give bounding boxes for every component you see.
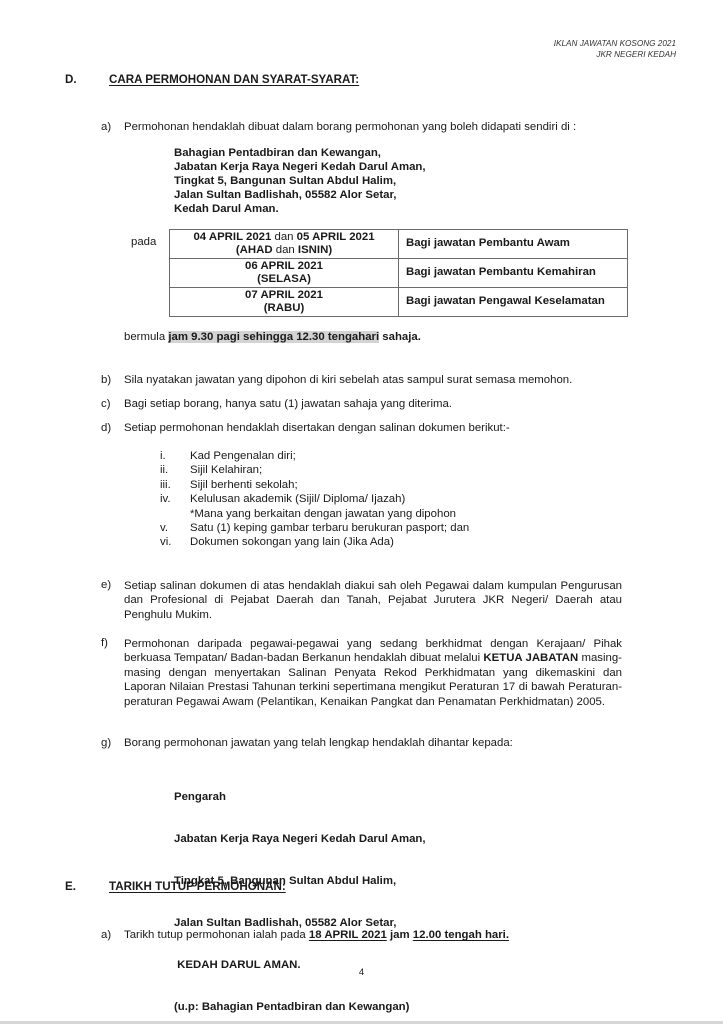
list-item: i.Kad Pengenalan diri;	[160, 449, 469, 463]
closing-date-text: Tarikh tutup permohonan ialah pada 18 AP…	[124, 929, 509, 941]
date-text: 06 APRIL 2021	[170, 260, 398, 274]
closing-mid: jam	[387, 929, 413, 941]
day-text: (RABU)	[170, 302, 398, 316]
schedule-date-cell: 06 APRIL 2021 (SELASA)	[170, 259, 399, 288]
list-item: v.Satu (1) keping gambar terbaru berukur…	[160, 521, 469, 535]
item-e-label: e)	[101, 579, 111, 591]
item-f-text: Permohonan daripada pegawai-pegawai yang…	[124, 637, 622, 709]
address-line: (u.p: Bahagian Pentadbiran dan Kewangan)	[174, 1000, 426, 1014]
schedule-date-cell: 04 APRIL 2021 dan 05 APRIL 2021 (AHAD da…	[170, 230, 399, 259]
address-line: Jabatan Kerja Raya Negeri Kedah Darul Am…	[174, 832, 426, 846]
item-e-a-label: a)	[101, 929, 111, 941]
item-g-label: g)	[101, 737, 111, 749]
table-row: 07 APRIL 2021 (RABU) Bagi jawatan Pengaw…	[170, 288, 628, 317]
list-item: ii.Sijil Kelahiran;	[160, 463, 469, 477]
section-d-title: CARA PERMOHONAN DAN SYARAT-SYARAT:	[109, 73, 359, 86]
list-num: i.	[160, 449, 190, 463]
item-e-text: Setiap salinan dokumen di atas hendaklah…	[124, 579, 622, 622]
item-c-text: Bagi setiap borang, hanya satu (1) jawat…	[124, 398, 452, 410]
list-text: Kad Pengenalan diri;	[190, 449, 296, 463]
list-text: Dokumen sokongan yang lain (Jika Ada)	[190, 535, 394, 549]
collection-address: Bahagian Pentadbiran dan Kewangan, Jabat…	[174, 146, 426, 216]
section-e-letter: E.	[65, 880, 76, 893]
item-d-text: Setiap permohonan hendaklah disertakan d…	[124, 422, 510, 434]
pada-label: pada	[131, 236, 156, 248]
document-list: i.Kad Pengenalan diri; ii.Sijil Kelahira…	[160, 449, 469, 550]
closing-text: Tarikh tutup permohonan ialah pada	[124, 929, 309, 941]
address-line: Jalan Sultan Badlishah, 05582 Alor Setar…	[174, 188, 426, 202]
time-prefix: bermula	[124, 331, 168, 343]
item-a-text: Permohonan hendaklah dibuat dalam borang…	[124, 121, 576, 133]
item-c-label: c)	[101, 398, 111, 410]
schedule-position-cell: Bagi jawatan Pengawal Keselamatan	[399, 288, 628, 317]
list-note: *Mana yang berkaitan dengan jawatan yang…	[190, 507, 456, 521]
list-text: Sijil berhenti sekolah;	[190, 478, 298, 492]
date-text: 04 APRIL 2021	[193, 231, 271, 243]
list-num: iii.	[160, 478, 190, 492]
section-e-title: TARIKH TUTUP PERMOHONAN:	[109, 880, 286, 893]
closing-time: 12.00 tengah hari.	[413, 929, 509, 941]
list-item: iv.Kelulusan akademik (Sijil/ Diploma/ I…	[160, 492, 469, 506]
list-num: iv.	[160, 492, 190, 506]
item-b-label: b)	[101, 374, 111, 386]
closing-date: 18 APRIL 2021	[309, 929, 387, 941]
address-line: Jabatan Kerja Raya Negeri Kedah Darul Am…	[174, 160, 426, 174]
address-line: Jalan Sultan Badlishah, 05582 Alor Setar…	[174, 916, 426, 930]
schedule-position-cell: Bagi jawatan Pembantu Awam	[399, 230, 628, 259]
schedule-table: 04 APRIL 2021 dan 05 APRIL 2021 (AHAD da…	[169, 229, 628, 317]
address-line: Kedah Darul Aman.	[174, 202, 426, 216]
day-text: AHAD	[240, 244, 273, 256]
schedule-date-cell: 07 APRIL 2021 (RABU)	[170, 288, 399, 317]
time-suffix: sahaja.	[379, 331, 421, 343]
table-row: 04 APRIL 2021 dan 05 APRIL 2021 (AHAD da…	[170, 230, 628, 259]
paren: )	[328, 244, 332, 256]
day-text: ISNIN	[298, 244, 328, 256]
day-join: dan	[273, 244, 298, 256]
item-b-text: Sila nyatakan jawatan yang dipohon di ki…	[124, 374, 572, 386]
item-a-label: a)	[101, 121, 111, 133]
item-f-bold: KETUA JABATAN	[483, 652, 578, 664]
item-f-label: f)	[101, 637, 108, 649]
address-line: Pengarah	[174, 790, 426, 804]
list-text: Kelulusan akademik (Sijil/ Diploma/ Ijaz…	[190, 492, 405, 506]
item-d-label: d)	[101, 422, 111, 434]
time-highlight: jam 9.30 pagi sehingga 12.30 tengahari	[168, 331, 379, 343]
list-num: v.	[160, 521, 190, 535]
header-title: IKLAN JAWATAN KOSONG 2021	[554, 39, 676, 48]
list-item: vi.Dokumen sokongan yang lain (Jika Ada)	[160, 535, 469, 549]
section-d-letter: D.	[65, 73, 77, 86]
address-line: Tingkat 5, Bangunan Sultan Abdul Halim,	[174, 174, 426, 188]
list-num: ii.	[160, 463, 190, 477]
list-item: iii.Sijil berhenti sekolah;	[160, 478, 469, 492]
list-item-note: *Mana yang berkaitan dengan jawatan yang…	[160, 507, 469, 521]
list-text: Sijil Kelahiran;	[190, 463, 262, 477]
date-text: 05 APRIL 2021	[297, 231, 375, 243]
date-text: 07 APRIL 2021	[170, 289, 398, 303]
table-row: 06 APRIL 2021 (SELASA) Bagi jawatan Pemb…	[170, 259, 628, 288]
item-g-text: Borang permohonan jawatan yang telah len…	[124, 737, 513, 749]
address-line: Bahagian Pentadbiran dan Kewangan,	[174, 146, 426, 160]
schedule-position-cell: Bagi jawatan Pembantu Kemahiran	[399, 259, 628, 288]
list-text: Satu (1) keping gambar terbaru berukuran…	[190, 521, 469, 535]
list-num: vi.	[160, 535, 190, 549]
time-note: bermula jam 9.30 pagi sehingga 12.30 ten…	[124, 331, 421, 343]
page-number: 4	[0, 967, 723, 978]
day-text: (SELASA)	[170, 273, 398, 287]
date-join: dan	[271, 231, 296, 243]
header-subtitle: JKR NEGERI KEDAH	[596, 50, 676, 59]
submission-address: Pengarah Jabatan Kerja Raya Negeri Kedah…	[174, 762, 426, 1024]
